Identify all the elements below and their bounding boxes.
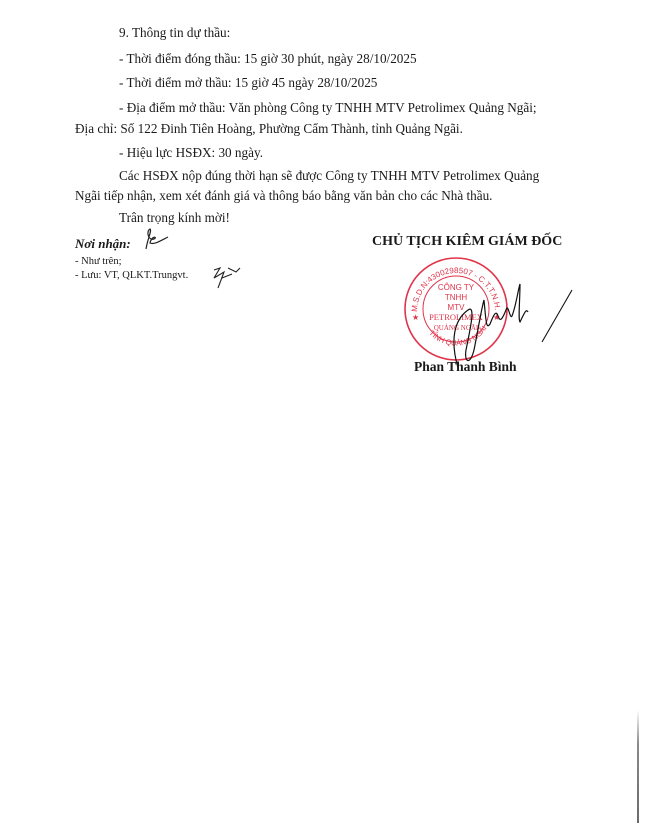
initial-signature-icon (140, 227, 170, 253)
greeting: Trân trọng kính mời! (119, 210, 230, 226)
closing-paragraph-line2: Ngãi tiếp nhận, xem xét đánh giá và thôn… (75, 188, 492, 204)
recipient-item: - Lưu: VT, QLKT.Trungvt. (75, 270, 188, 281)
initial-signature-icon (210, 264, 242, 290)
section-heading: 9. Thông tin dự thầu: (119, 25, 230, 41)
closing-time: - Thời điểm đóng thầu: 15 giờ 30 phút, n… (119, 51, 417, 67)
signer-name: Phan Thanh Bình (414, 359, 517, 375)
validity: - Hiệu lực HSĐX: 30 ngày. (119, 145, 263, 161)
signature-title: CHỦ TỊCH KIÊM GIÁM ĐỐC (372, 234, 562, 250)
svg-text:★: ★ (412, 313, 419, 322)
closing-paragraph-line1: Các HSĐX nộp đúng thời hạn sẽ được Công … (119, 168, 539, 184)
opening-location: - Địa điểm mở thầu: Văn phòng Công ty TN… (119, 100, 537, 116)
opening-time: - Thời điểm mở thầu: 15 giờ 45 ngày 28/1… (119, 75, 377, 91)
page-edge-divider (637, 710, 639, 823)
address: Địa chỉ: Số 122 Đinh Tiên Hoàng, Phường … (75, 121, 463, 137)
recipients-title: Nơi nhận: (75, 236, 131, 252)
recipient-item: - Như trên; (75, 256, 122, 267)
